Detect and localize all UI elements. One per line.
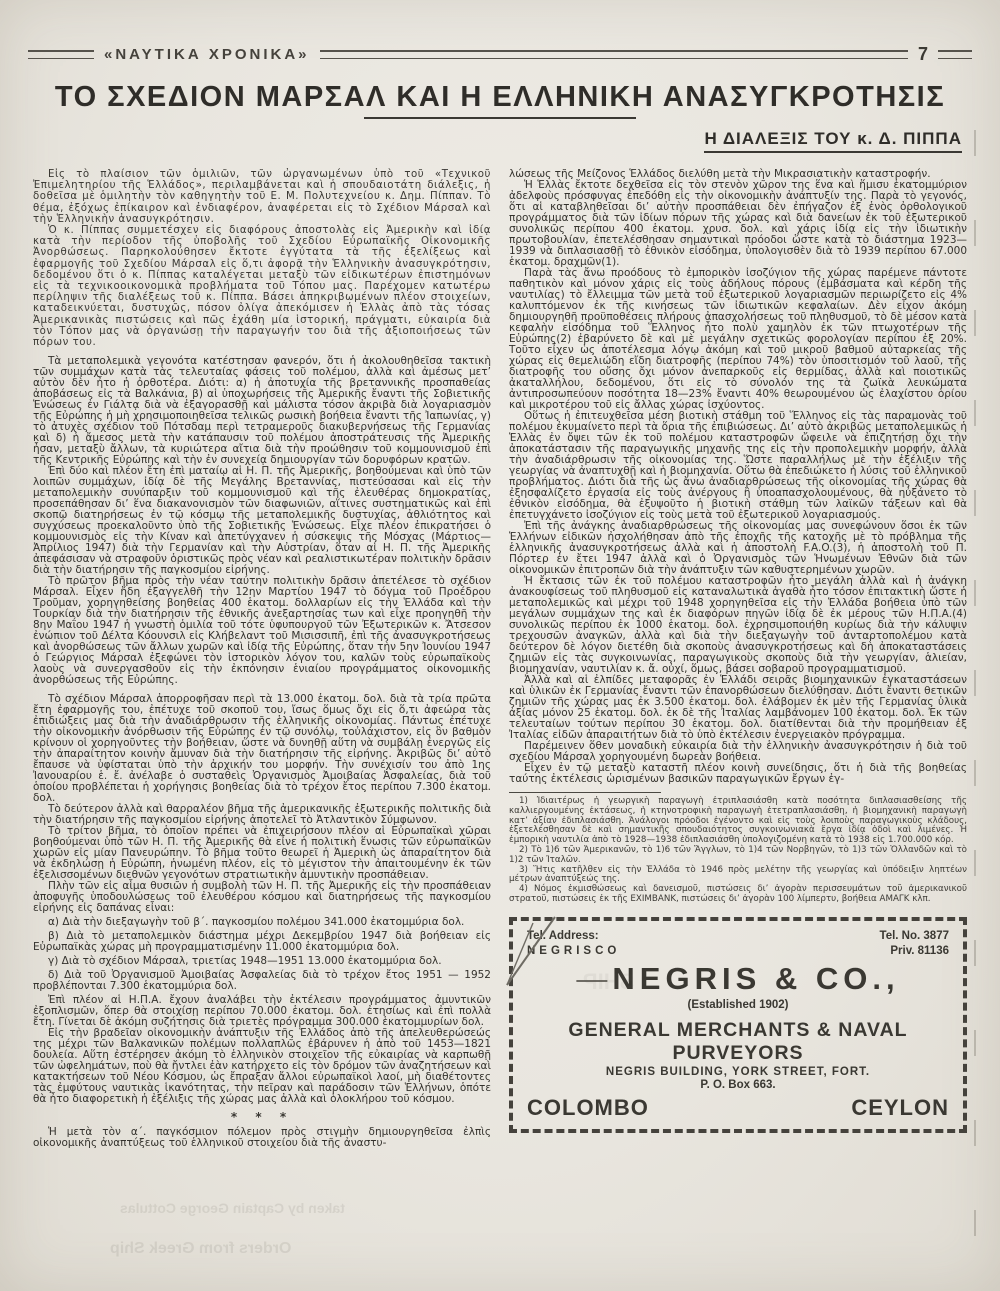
header-rule — [938, 50, 972, 59]
paragraph: Ὁ κ. Πίππας συμμετέσχεν εἰς διαφόρους ἀπ… — [33, 225, 491, 348]
paragraph: Τὸ πρῶτον βῆμα πρὸς τὴν νέαν ταύτην πολι… — [33, 576, 491, 686]
article-subtitle: Η ΔΙΑΛΕΞΙΣ ΤΟΥ κ. Δ. ΠΙΠΠΑ — [704, 129, 962, 153]
right-column-text: λώσεως τῆς Μείζονος Ἑλλάδος διελύθη μετὰ… — [509, 169, 967, 905]
paragraph: Παρέμεινεν ὅθεν μοναδικὴ εὐκαιρία διὰ τὴ… — [509, 741, 967, 763]
ad-cities-row: COLOMBO CEYLON — [527, 1095, 949, 1121]
ad-address-line: NEGRIS BUILDING, YORK STREET, FORT. — [527, 1066, 949, 1078]
ad-po-box: P. O. Box 663. — [527, 1079, 949, 1091]
paragraph: Ἐπὶ πλέον αἱ Η.Π.Α. ἔχουν ἀναλάβει τὴν ἐ… — [33, 995, 491, 1028]
paragraph: δ) Διὰ τοῦ Ὀργανισμοῦ Ἀμοιβαίας Ἀσφαλεία… — [33, 970, 491, 992]
ad-telegraph-address: Tel. Address: NEGRISCO — [527, 929, 620, 959]
paragraph: Ἐπὶ δύο καὶ πλέον ἔτη ἐπὶ ματαίῳ αἱ Η. Π… — [33, 466, 491, 576]
paragraph: Ἐπὶ τῆς ἀνάγκης ἀναδιαρθρώσεως τῆς οἰκον… — [509, 521, 967, 576]
paragraph: Τὸ δεύτερον ἀλλὰ καὶ θαρραλέον βῆμα τῆς … — [33, 804, 491, 826]
page-header: «ΝΑΥΤΙΚΑ ΧΡΟΝΙΚΑ» 7 — [28, 44, 972, 65]
article-body: Εἰς τὸ πλαίσιον τῶν ὁμιλιῶν, τῶν ὠργανωμ… — [33, 169, 967, 1149]
right-column: λώσεως τῆς Μείζονος Ἑλλάδος διελύθη μετὰ… — [509, 169, 967, 1149]
paragraph: Ἡ ἔκτασις τῶν ἐκ τοῦ πολέμου καταστροφῶν… — [509, 576, 967, 675]
footnote: 4) Νόμος ἐκμισθώσεως καὶ δανεισμοῦ, πιστ… — [509, 885, 967, 905]
paragraph: Πλὴν τῶν εἰς αἷμα θυσιῶν ἡ συμβολὴ τῶν Η… — [33, 881, 491, 914]
title-underline — [364, 117, 636, 119]
footnote-separator — [509, 792, 661, 793]
page-number: 7 — [918, 44, 928, 65]
print-bleedthrough: taken by Captain George Cottulas — [120, 1200, 345, 1216]
scan-edge-artifact — [974, 130, 976, 1261]
scanned-magazine-page: «ΝΑΥΤΙΚΑ ΧΡΟΝΙΚΑ» 7 ΤΟ ΣΧΕΔΙΟΝ ΜΑΡΣΑΛ ΚΑ… — [0, 0, 1000, 1291]
ad-business-line: GENERAL MERCHANTS & NAVAL PURVEYORS — [527, 1019, 949, 1065]
ad-tel-address-label: Tel. Address: — [527, 929, 620, 944]
ad-city-ceylon: CEYLON — [851, 1095, 949, 1121]
paragraph: Τὸ σχέδιον Μάρσαλ ἀπορροφῆσαν περὶ τὰ 13… — [33, 694, 491, 804]
ad-contact-row: Tel. Address: NEGRISCO Tel. No. 3877 Pri… — [527, 929, 949, 959]
ad-tel-address-value: NEGRISCO — [527, 944, 620, 959]
paragraph: Τὸ τρίτον βῆμα, τὸ ὁποῖον πρέπει νὰ ἐπιχ… — [33, 826, 491, 881]
paragraph: Ἡ Ἑλλὰς ἔκτοτε δεχθεῖσα εἰς τὸν στενὸν χ… — [509, 180, 967, 268]
paragraph: Εἶχεν ἐν τῷ μεταξὺ καταστῆ πλέον κοινὴ σ… — [509, 763, 967, 785]
header-rule — [320, 50, 908, 59]
left-column: Εἰς τὸ πλαίσιον τῶν ὁμιλιῶν, τῶν ὠργανωμ… — [33, 169, 491, 1149]
ad-tel-no: Tel. No. 3877 — [880, 929, 949, 944]
print-bleedthrough: SHIP — [583, 969, 634, 995]
print-bleedthrough: Orders from Greek Ship — [110, 1240, 291, 1258]
header-rule — [28, 50, 94, 59]
footnote: 3) Ἥτις κατῆλθεν εἰς τὴν Ἑλλάδα τὸ 1946 … — [509, 866, 967, 886]
article-title: ΤΟ ΣΧΕΔΙΟΝ ΜΑΡΣΑΛ ΚΑΙ Η ΕΛΛΗΝΙΚΗ ΑΝΑΣΥΓΚ… — [40, 81, 960, 114]
paragraph: α) Διὰ τὴν διεξαγωγὴν τοῦ β΄. παγκοσμίου… — [33, 917, 491, 928]
paragraph: Εἰς τὴν βραδεῖαν οἰκονομικὴν ἀνάπτυξιν τ… — [33, 1028, 491, 1105]
paragraph: Παρὰ τὰς ἄνω προόδους τὸ ἐμπορικὸν ἰσοζύ… — [509, 268, 967, 411]
paragraph: Οὕτως ἡ ἐπιτευχθεῖσα μέση βιοτικὴ στάθμη… — [509, 411, 967, 521]
footnote: 2) Τὸ 1)6 τῶν Ἀμερικανῶν, τὸ 1)6 τῶν Ἄγγ… — [509, 846, 967, 866]
ad-priv-no: Priv. 81136 — [880, 944, 949, 959]
ad-phone-numbers: Tel. No. 3877 Priv. 81136 — [880, 929, 949, 959]
ad-city-colombo: COLOMBO — [527, 1095, 649, 1121]
paragraph: Τὰ μεταπολεμικὰ γεγονότα κατέστησαν φανε… — [33, 356, 491, 466]
paragraph: γ) Διὰ τὸ σχέδιον Μάρσαλ, τριετίας 1948—… — [33, 956, 491, 967]
negris-advertisement: SHIP Tel. Address: NEGRISCO Tel. No. 387… — [509, 917, 967, 1133]
section-divider: * * * — [33, 1110, 491, 1124]
masthead: «ΝΑΥΤΙΚΑ ΧΡΟΝΙΚΑ» — [104, 46, 310, 63]
subtitle-row: Η ΔΙΑΛΕΞΙΣ ΤΟΥ κ. Δ. ΠΙΠΠΑ — [0, 129, 962, 153]
ad-established: (Established 1902) — [527, 999, 949, 1011]
paragraph: Ἡ μετὰ τὸν α΄. παγκόσμιον πόλεμον πρὸς σ… — [33, 1127, 491, 1149]
paragraph: β) Διὰ τὸ μεταπολεμικὸν διάστημα μέχρι Δ… — [33, 931, 491, 953]
paragraph: Ἀλλὰ καὶ αἱ ἐλπίδες μεταφορᾶς ἐν Ἑλλάδι … — [509, 675, 967, 741]
footnote: 1) Ἰδιαιτέρως ἡ γεωργικὴ παραγωγὴ ἐτριπλ… — [509, 797, 967, 846]
paragraph: Εἰς τὸ πλαίσιον τῶν ὁμιλιῶν, τῶν ὠργανωμ… — [33, 169, 491, 225]
